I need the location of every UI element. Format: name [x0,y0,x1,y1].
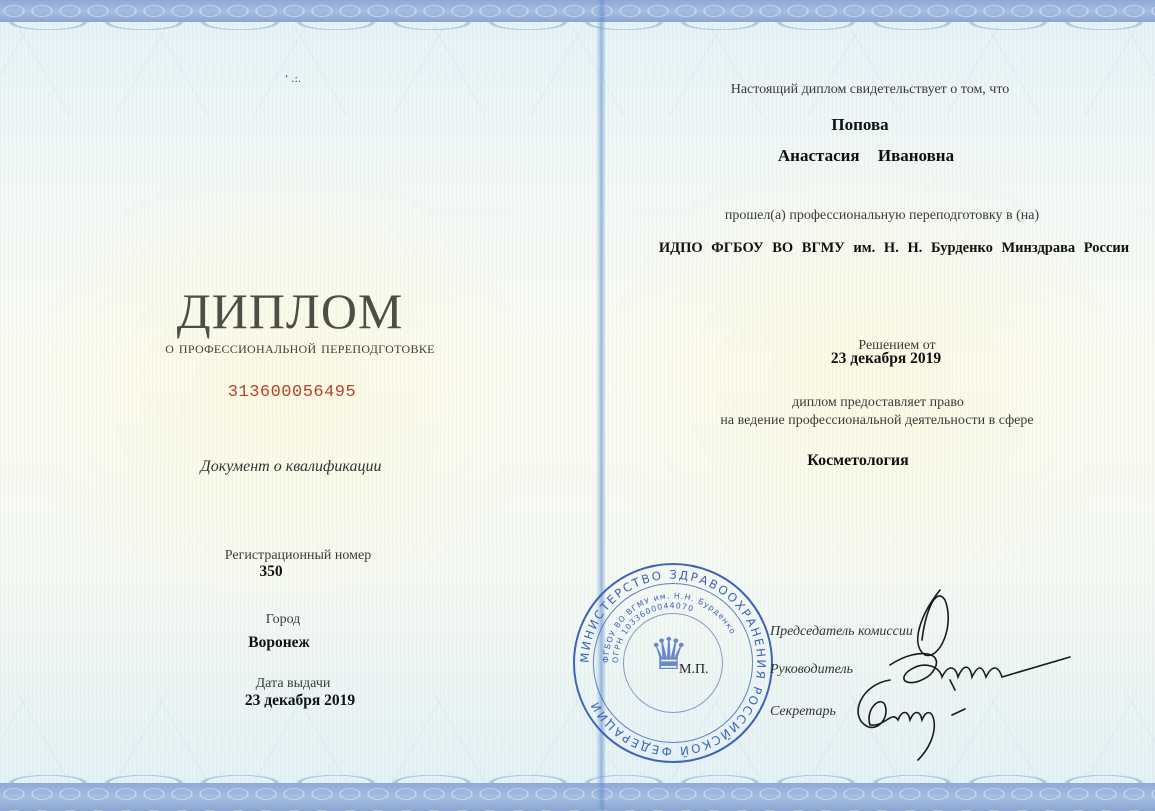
diploma-spread: ‘ .:. ДИПЛОМ о профессиональной переподг… [0,0,1155,811]
city-label: Город [266,612,301,628]
serial-number: 313600056495 [228,383,356,402]
grants-right-line-1: диплом предоставляет право [792,395,964,411]
certification-intro: Настоящий диплом свидетельствует о том, … [731,82,1010,98]
ink-marks: ‘ .:. [285,75,301,84]
registration-label: Регистрационный номер [225,548,371,564]
secretary-signature-label: Секретарь [770,704,836,720]
grants-right-line-2: на ведение профессиональной деятельности… [720,413,1033,429]
handwritten-signatures [830,585,1110,765]
professional-field: Косметология [807,452,908,470]
bottom-guilloche-border [0,783,1155,811]
passed-retraining-text: прошел(а) профессиональную переподготовк… [725,208,1039,224]
registration-number: 350 [259,563,282,581]
seal-place-label: М.П. [679,662,709,678]
document-type: Документ о квалификации [201,458,382,476]
decision-date: 23 декабря 2019 [831,350,941,368]
recipient-given-names: Анастасия Ивановна [778,146,954,166]
official-seal: МИНИСТЕРСТВО ЗДРАВООХРАНЕНИЯ РОССИЙСКОЙ … [573,563,773,763]
recipient-surname: Попова [831,115,888,135]
issue-date-value: 23 декабря 2019 [245,692,355,710]
diploma-title: ДИПЛОМ [177,282,404,340]
diploma-subtitle: о профессиональной переподготовке [165,337,435,358]
issue-date-label: Дата выдачи [256,676,331,692]
institution-name: ИДПО ФГБОУ ВО ВГМУ им. Н. Н. Бурденко Ми… [659,240,1129,257]
city-value: Воронеж [248,634,310,652]
top-guilloche-border [0,0,1155,22]
top-ornament [0,26,1155,116]
